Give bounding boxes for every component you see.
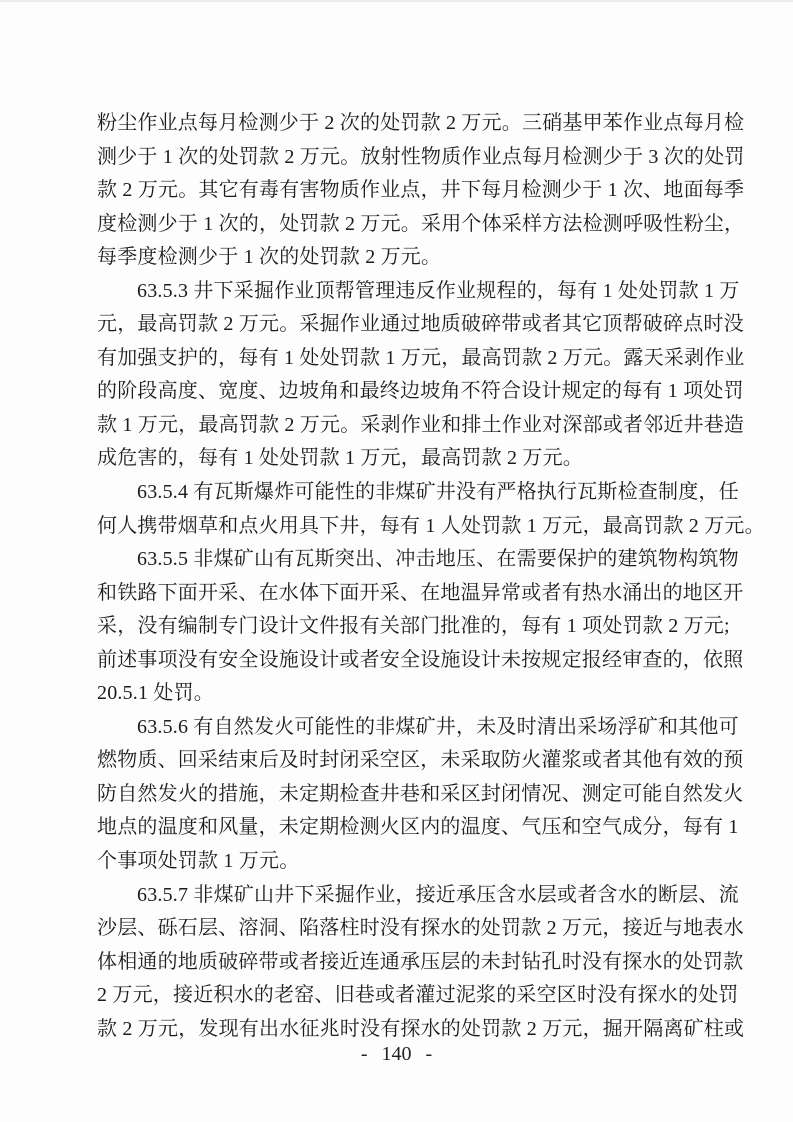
text-line: 粉尘作业点每月检测少于 2 次的处罚款 2 万元。三硝基甲苯作业点每月检	[97, 107, 719, 141]
text-line: 成危害的，每有 1 处处罚款 1 万元，最高罚款 2 万元。	[97, 442, 719, 476]
page-top-edge	[0, 0, 793, 2]
text-line: 个事项处罚款 1 万元。	[97, 845, 719, 879]
text-line: 款 1 万元，最高罚款 2 万元。采剥作业和排土作业对深部或者邻近井巷造	[97, 409, 719, 443]
text-line: 和铁路下面开采、在水体下面开采、在地温异常或者有热水涌出的地区开	[97, 577, 719, 611]
text-line: 元，最高罚款 2 万元。采掘作业通过地质破碎带或者其它顶帮破碎点时没	[97, 308, 719, 342]
text-line: 沙层、砾石层、溶洞、陷落柱时没有探水的处罚款 2 万元，接近与地表水	[97, 912, 719, 946]
paragraph-63-5-7: 63.5.7 非煤矿山井下采掘作业，接近承压含水层或者含水的断层、流沙层、砾石层…	[97, 879, 719, 1047]
text-line: 20.5.1 处罚。	[97, 677, 719, 711]
text-line: 63.5.6 有自然发火可能性的非煤矿井，未及时清出采场浮矿和其他可	[97, 711, 719, 745]
text-line: 何人携带烟草和点火用具下井，每有 1 人处罚款 1 万元，最高罚款 2 万元。	[97, 510, 719, 544]
paragraph-63-5-4: 63.5.4 有瓦斯爆炸可能性的非煤矿井没有严格执行瓦斯检查制度，任何人携带烟草…	[97, 476, 719, 543]
text-line: 测少于 1 次的处罚款 2 万元。放射性物质作业点每月检测少于 3 次的处罚	[97, 141, 719, 175]
text-line: 前述事项没有安全设施设计或者安全设施设计未按规定报经审查的，依照	[97, 644, 719, 678]
text-line: 2 万元，接近积水的老窑、旧巷或者灌过泥浆的采空区时没有探水的处罚	[97, 979, 719, 1013]
page-number: - 140 -	[361, 1043, 432, 1065]
text-line: 地点的温度和风量，未定期检测火区内的温度、气压和空气成分，每有 1	[97, 811, 719, 845]
paragraph-continuation: 粉尘作业点每月检测少于 2 次的处罚款 2 万元。三硝基甲苯作业点每月检测少于 …	[97, 107, 719, 275]
text-line: 有加强支护的，每有 1 处处罚款 1 万元，最高罚款 2 万元。露天采剥作业	[97, 342, 719, 376]
text-line: 的阶段高度、宽度、边坡角和最终边坡角不符合设计规定的每有 1 项处罚	[97, 375, 719, 409]
text-line: 采，没有编制专门设计文件报有关部门批准的，每有 1 项处罚款 2 万元;	[97, 610, 719, 644]
page-footer: - 140 -	[0, 1043, 793, 1066]
paragraph-63-5-3: 63.5.3 井下采掘作业顶帮管理违反作业规程的，每有 1 处处罚款 1 万元，…	[97, 275, 719, 476]
text-line: 63.5.5 非煤矿山有瓦斯突出、冲击地压、在需要保护的建筑物构筑物	[97, 543, 719, 577]
document-body: 粉尘作业点每月检测少于 2 次的处罚款 2 万元。三硝基甲苯作业点每月检测少于 …	[97, 107, 719, 1046]
text-line: 每季度检测少于 1 次的处罚款 2 万元。	[97, 241, 719, 275]
text-line: 63.5.7 非煤矿山井下采掘作业，接近承压含水层或者含水的断层、流	[97, 879, 719, 913]
text-line: 防自然发火的措施，未定期检查井巷和采区封闭情况、测定可能自然发火	[97, 778, 719, 812]
text-line: 燃物质、回采结束后及时封闭采空区，未采取防火灌浆或者其他有效的预	[97, 744, 719, 778]
text-line: 63.5.4 有瓦斯爆炸可能性的非煤矿井没有严格执行瓦斯检查制度，任	[97, 476, 719, 510]
paragraph-63-5-5: 63.5.5 非煤矿山有瓦斯突出、冲击地压、在需要保护的建筑物构筑物和铁路下面开…	[97, 543, 719, 711]
text-line: 度检测少于 1 次的，处罚款 2 万元。采用个体采样方法检测呼吸性粉尘，	[97, 208, 719, 242]
text-line: 款 2 万元。其它有毒有害物质作业点，井下每月检测少于 1 次、地面每季	[97, 174, 719, 208]
text-line: 款 2 万元，发现有出水征兆时没有探水的处罚款 2 万元，掘开隔离矿柱或	[97, 1013, 719, 1047]
paragraph-63-5-6: 63.5.6 有自然发火可能性的非煤矿井，未及时清出采场浮矿和其他可燃物质、回采…	[97, 711, 719, 879]
document-page: { "page": { "background": "#fdfdfd", "te…	[0, 0, 793, 1122]
text-line: 63.5.3 井下采掘作业顶帮管理违反作业规程的，每有 1 处处罚款 1 万	[97, 275, 719, 309]
text-line: 体相通的地质破碎带或者接近连通承压层的未封钻孔时没有探水的处罚款	[97, 946, 719, 980]
